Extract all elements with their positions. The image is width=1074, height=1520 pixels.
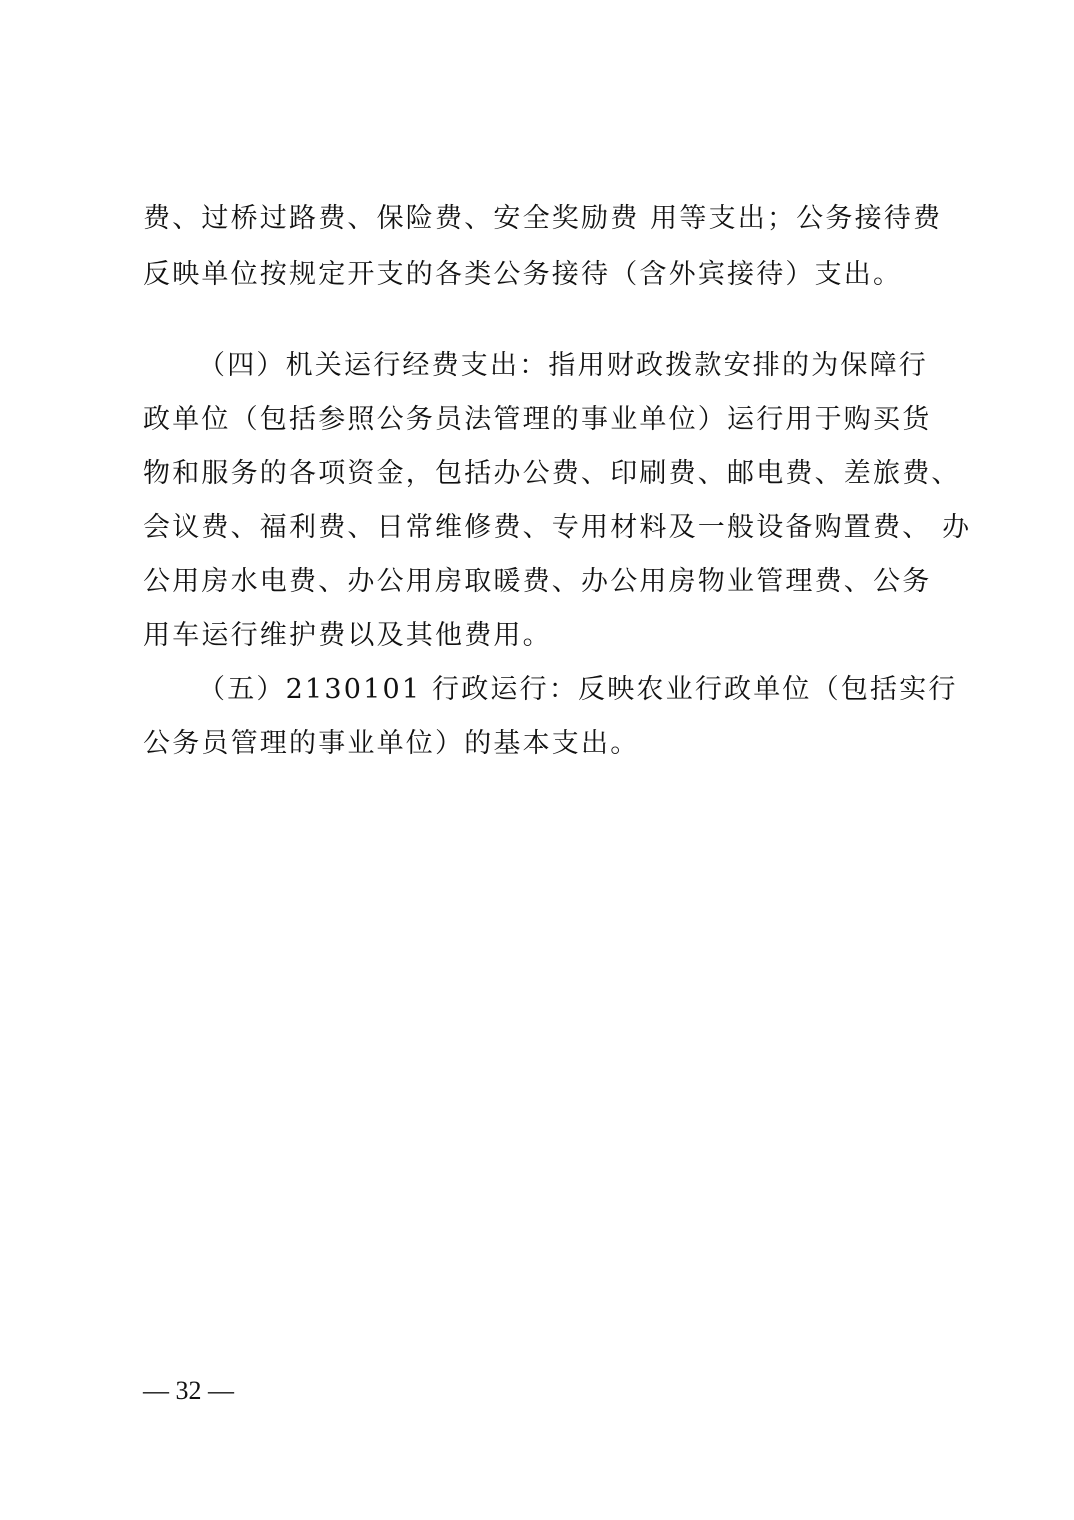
page-number: — 32 — bbox=[143, 1376, 234, 1406]
document-page: 费、过桥过路费、保险费、安全奖励费 用等支出；公务接待费 反映单位按规定开支的各… bbox=[0, 0, 1074, 1520]
text-line: 会议费、福利费、日常维修费、专用材料及一般设备购置费、 办 bbox=[143, 512, 933, 544]
text-line: 物和服务的各项资金，包括办公费、印刷费、邮电费、差旅费、 bbox=[143, 458, 933, 490]
text-line: 政单位（包括参照公务员法管理的事业单位）运行用于购买货 bbox=[143, 404, 933, 436]
text-line: 费、过桥过路费、保险费、安全奖励费 用等支出；公务接待费 bbox=[143, 203, 933, 235]
text-line: 公用房水电费、办公用房取暖费、办公用房物业管理费、公务 bbox=[143, 566, 933, 598]
text-line: 公务员管理的事业单位）的基本支出。 bbox=[143, 728, 933, 760]
paragraph-heading-five: （五）2130101 行政运行：反映农业行政单位（包括实行 bbox=[198, 674, 933, 706]
text-line: 反映单位按规定开支的各类公务接待（含外宾接待）支出。 bbox=[143, 259, 933, 291]
paragraph-heading-four: （四）机关运行经费支出：指用财政拨款安排的为保障行 bbox=[198, 350, 933, 382]
text-line: 用车运行维护费以及其他费用。 bbox=[143, 620, 933, 652]
